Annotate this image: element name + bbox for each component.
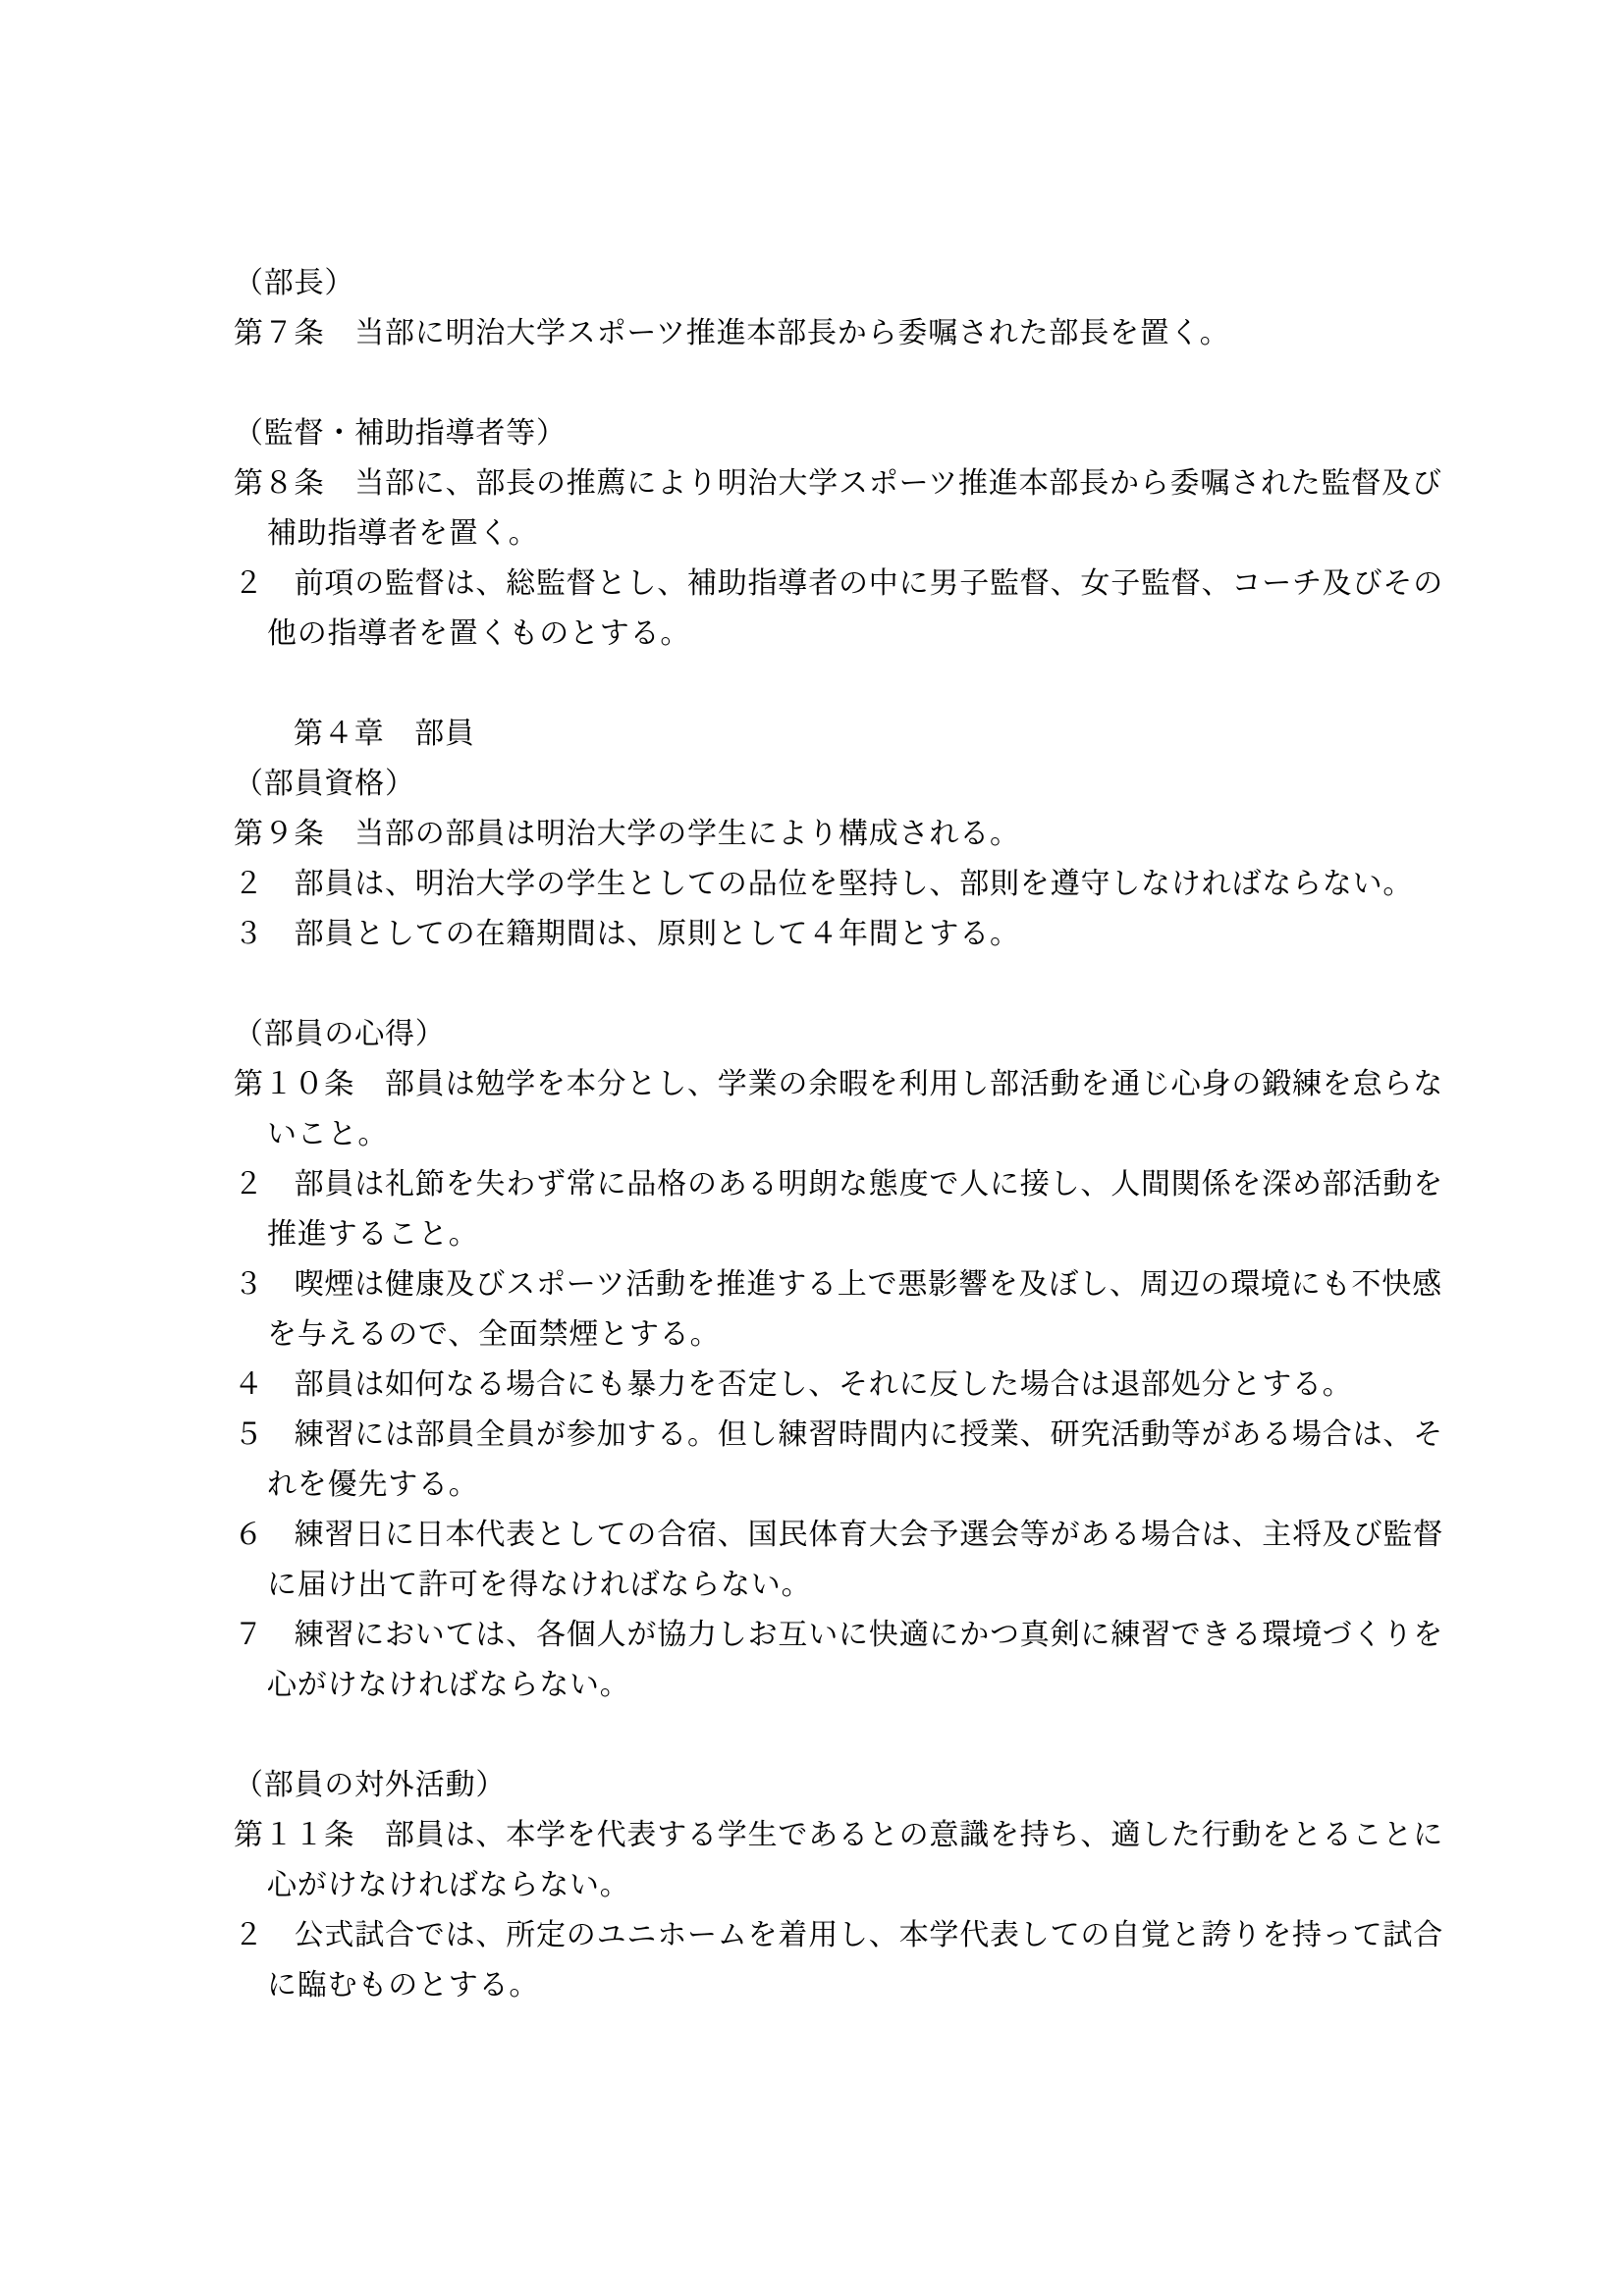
blank-line: [234, 1710, 1451, 1760]
continuation-line: に臨むものとする。: [234, 1960, 1451, 2010]
article-line: ３ 喫煙は健康及びスポーツ活動を推進する上で悪影響を及ぼし、周辺の環境にも不快感: [234, 1259, 1451, 1309]
continuation-line: 他の指導者を置くものとする。: [234, 609, 1451, 659]
continuation-line: いこと。: [234, 1109, 1451, 1159]
article-line: ３ 部員としての在籍期間は、原則として４年間とする。: [234, 909, 1451, 959]
article-line: ２ 前項の監督は、総監督とし、補助指導者の中に男子監督、女子監督、コーチ及びその: [234, 559, 1451, 609]
continuation-line: れを優先する。: [234, 1460, 1451, 1510]
blank-line: [234, 959, 1451, 1009]
article-line: ４ 部員は如何なる場合にも暴力を否定し、それに反した場合は退部処分とする。: [234, 1360, 1451, 1410]
article-line: 第１１条 部員は、本学を代表する学生であるとの意識を持ち、適した行動をとることに: [234, 1810, 1451, 1860]
continuation-line: 補助指導者を置く。: [234, 508, 1451, 559]
continuation-line: 心がけなければならない。: [234, 1660, 1451, 1710]
label-line: （監督・補助指導者等）: [234, 408, 1451, 458]
label-line: （部長）: [234, 258, 1451, 308]
chapter-line: 第４章 部員: [234, 709, 1451, 759]
label-line: （部員の対外活動）: [234, 1760, 1451, 1810]
document-page: （部長）第７条 当部に明治大学スポーツ推進本部長から委嘱された部長を置く。（監督…: [0, 0, 1624, 2296]
article-line: 第９条 当部の部員は明治大学の学生により構成される。: [234, 809, 1451, 859]
article-line: ２ 部員は礼節を失わず常に品格のある明朗な態度で人に接し、人間関係を深め部活動を: [234, 1159, 1451, 1209]
label-line: （部員の心得）: [234, 1009, 1451, 1059]
article-line: 第７条 当部に明治大学スポーツ推進本部長から委嘱された部長を置く。: [234, 308, 1451, 358]
article-line: ２ 部員は、明治大学の学生としての品位を堅持し、部則を遵守しなければならない。: [234, 859, 1451, 909]
article-line: ６ 練習日に日本代表としての合宿、国民体育大会予選会等がある場合は、主将及び監督: [234, 1510, 1451, 1560]
document-body: （部長）第７条 当部に明治大学スポーツ推進本部長から委嘱された部長を置く。（監督…: [234, 258, 1451, 2010]
article-line: ２ 公式試合では、所定のユニホームを着用し、本学代表しての自覚と誇りを持って試合: [234, 1910, 1451, 1960]
label-line: （部員資格）: [234, 759, 1451, 809]
blank-line: [234, 659, 1451, 709]
article-line: ７ 練習においては、各個人が協力しお互いに快適にかつ真剣に練習できる環境づくりを: [234, 1610, 1451, 1660]
article-line: 第８条 当部に、部長の推薦により明治大学スポーツ推進本部長から委嘱された監督及び: [234, 458, 1451, 508]
article-line: ５ 練習には部員全員が参加する。但し練習時間内に授業、研究活動等がある場合は、そ: [234, 1410, 1451, 1460]
continuation-line: に届け出て許可を得なければならない。: [234, 1560, 1451, 1610]
article-line: 第１０条 部員は勉学を本分とし、学業の余暇を利用し部活動を通じ心身の鍛練を怠らな: [234, 1059, 1451, 1109]
continuation-line: を与えるので、全面禁煙とする。: [234, 1309, 1451, 1360]
continuation-line: 心がけなければならない。: [234, 1860, 1451, 1910]
continuation-line: 推進すること。: [234, 1209, 1451, 1259]
blank-line: [234, 358, 1451, 408]
